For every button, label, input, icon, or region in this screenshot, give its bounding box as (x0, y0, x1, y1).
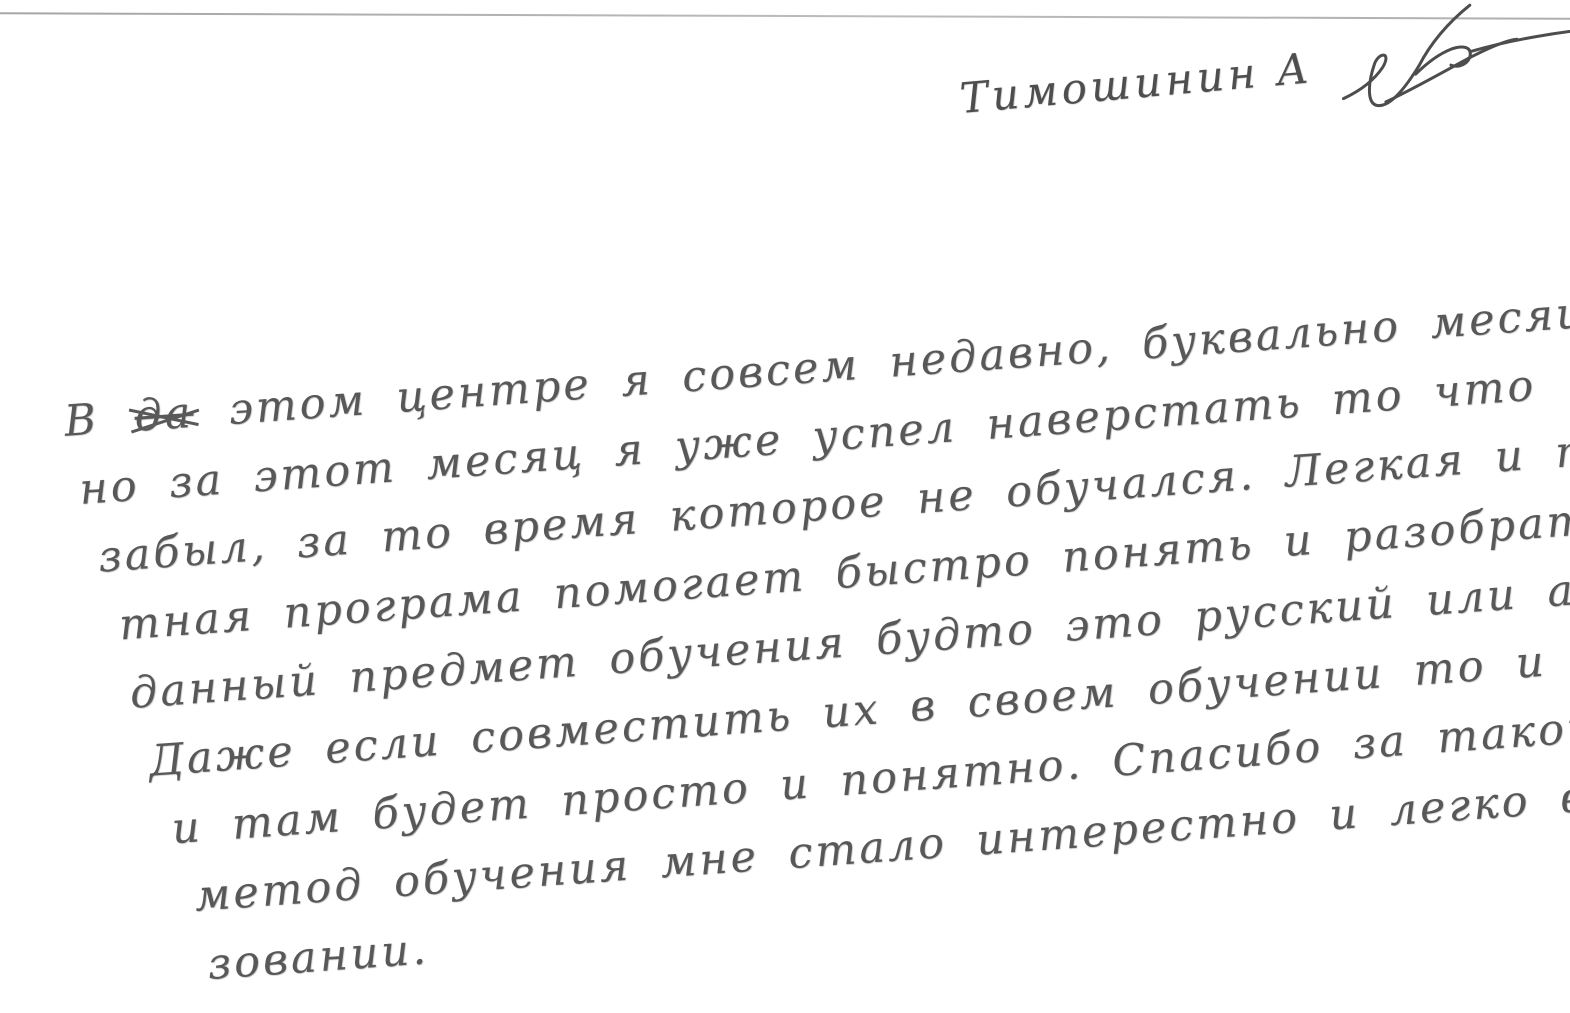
line1-crossed-out-word: да (132, 379, 196, 452)
signature-block: Тимошинин А (955, 0, 1570, 159)
line1-start: В (63, 395, 101, 447)
scanned-handwritten-note: Тимошинин А В да этом центре я совсем не… (0, 0, 1570, 1013)
signature-name: Тимошинин А (958, 43, 1314, 123)
handwritten-text-block: В да этом центре я совсем недавно, буква… (62, 276, 1570, 1007)
signature-flourish-icon (1317, 0, 1570, 127)
